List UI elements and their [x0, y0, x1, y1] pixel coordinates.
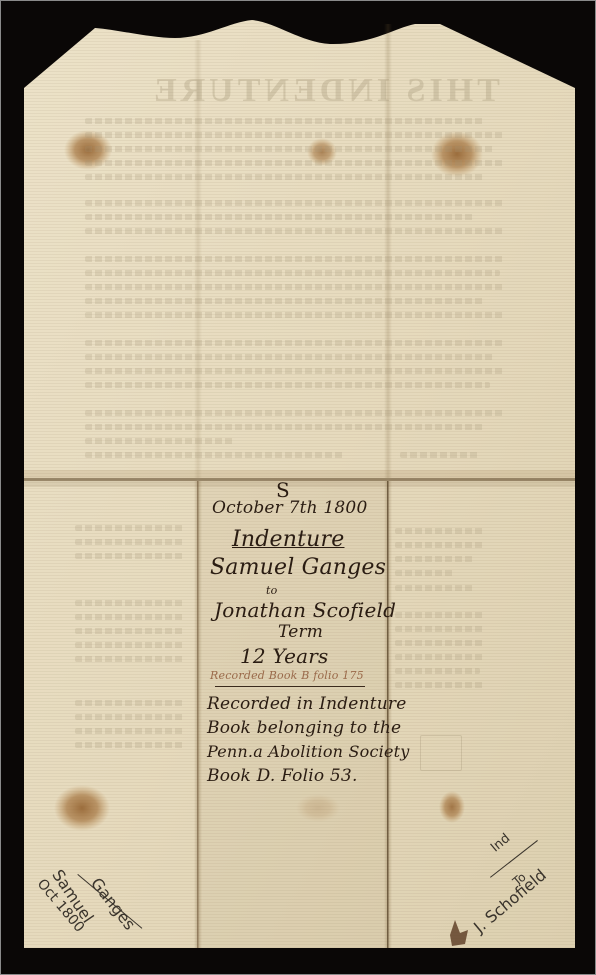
docket-recorded-line-2: Book belonging to the	[207, 718, 401, 738]
docket-recorded-line-4: Book D. Folio 53.	[207, 766, 358, 786]
docket-party-to: Jonathan Scofield	[214, 598, 396, 622]
ghost-print-heading: THIS INDENTURE	[150, 72, 500, 110]
docket-rule	[215, 686, 365, 687]
pencil-right-name: J. Schofield	[470, 865, 550, 936]
pencil-note-left: Ganges Samuel Oct 1800	[40, 860, 190, 960]
docket-recorded-line-3: Penn.a Abolition Society	[207, 742, 409, 761]
docket-party-from: Samuel Ganges	[210, 555, 386, 580]
docket-date: October 7th 1800	[212, 498, 367, 518]
docket-connector: to	[266, 584, 277, 597]
docket-recorded-line-1: Recorded in Indenture	[207, 694, 406, 714]
docket-term-label: Term	[278, 622, 323, 642]
docket-term: 12 Years	[240, 644, 328, 668]
pencil-right-ind: Ind	[488, 831, 513, 856]
pencil-note-right: Ind To J. Schofield	[480, 830, 580, 940]
docket-recorded-note: Recorded Book B folio 175	[210, 669, 364, 682]
docket-title: Indenture	[232, 527, 344, 552]
